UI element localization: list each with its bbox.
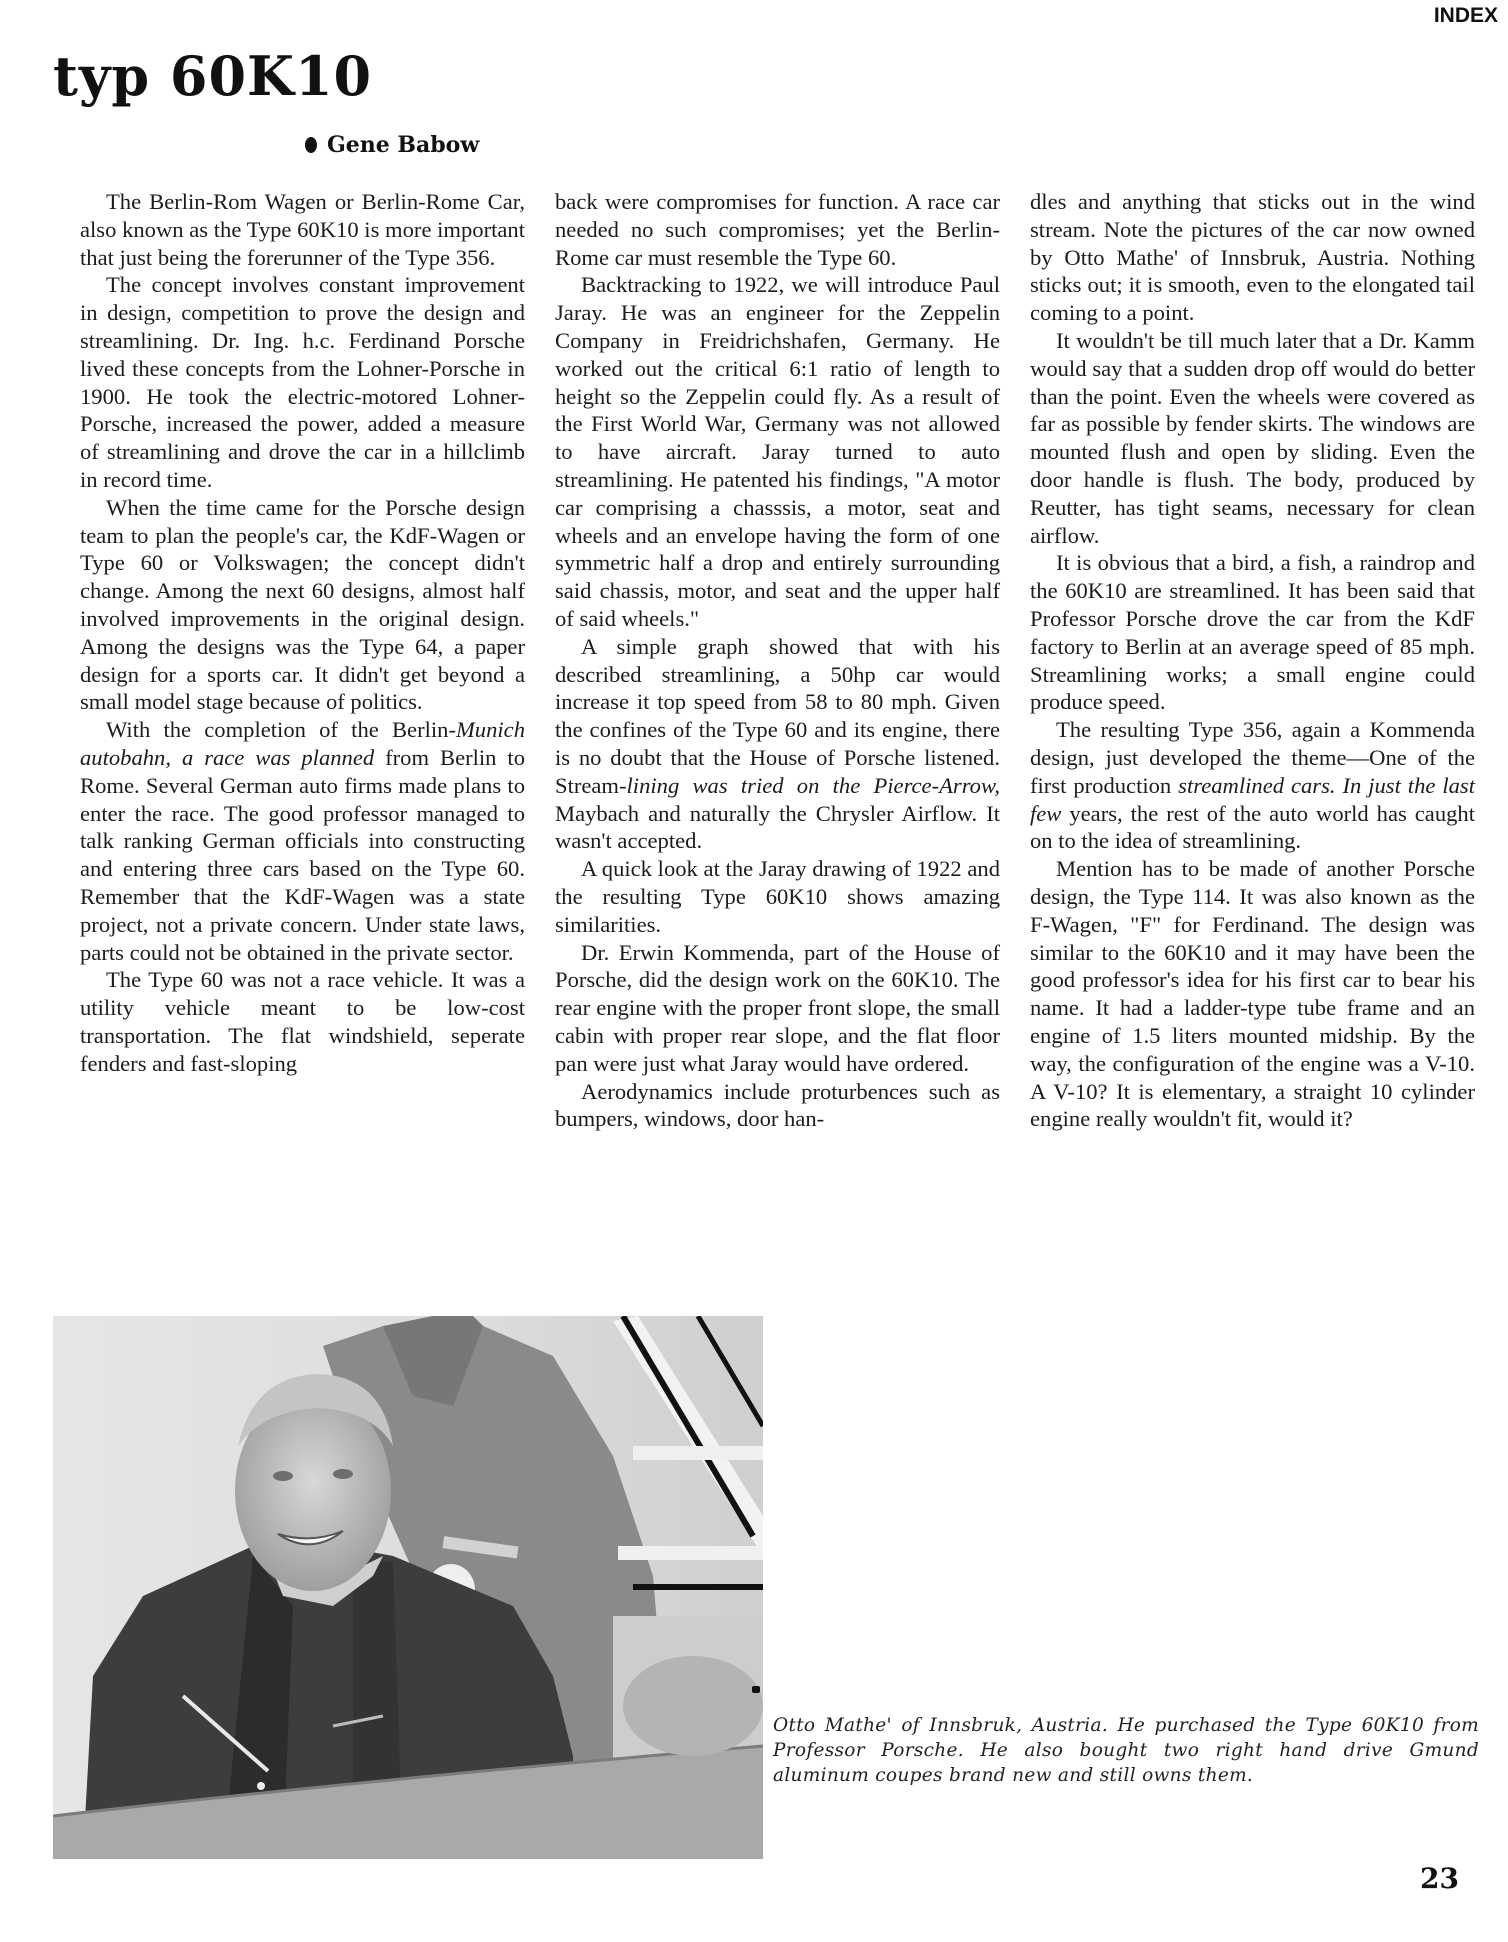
column-1: The Berlin-Rom Wagen or Berlin-Rome Car,… [80, 188, 525, 1133]
paragraph-text: Maybach and naturally the Chrysler Airfl… [555, 801, 1000, 854]
paragraph: A simple graph showed that with his desc… [555, 633, 1000, 855]
photo-caption: Otto Mathe' of Innsbruk, Austria. He pur… [773, 1713, 1479, 1788]
byline: Gene Babow [305, 132, 479, 158]
paragraph-text: years, the rest of the auto world has ca… [1030, 801, 1475, 854]
photo-illustration [53, 1316, 763, 1859]
page-number: 23 [1420, 1862, 1459, 1895]
index-link[interactable]: INDEX [1434, 4, 1498, 28]
paragraph: When the time came for the Porsche desig… [80, 494, 525, 716]
bullet-icon [305, 137, 317, 153]
column-2: back were compromises for function. A ra… [555, 188, 1000, 1133]
column-3: dles and anything that sticks out in the… [1030, 188, 1475, 1133]
paragraph-continued: back were compromises for function. A ra… [555, 188, 1000, 271]
paragraph: Aerodynamics include proturbences such a… [555, 1078, 1000, 1134]
paragraph-text: from Berlin to Rome. Several German auto… [80, 745, 525, 965]
paragraph: The Berlin-Rom Wagen or Berlin-Rome Car,… [80, 188, 525, 271]
paragraph-continued: dles and anything that sticks out in the… [1030, 188, 1475, 327]
paragraph: Backtracking to 1922, we will introduce … [555, 271, 1000, 632]
paragraph: The resulting Type 356, again a Kommenda… [1030, 716, 1475, 855]
paragraph: Dr. Erwin Kommenda, part of the House of… [555, 939, 1000, 1078]
paragraph-italic-text: lining was tried on the Pierce-Arrow, [627, 773, 1000, 798]
portrait-photo [53, 1316, 763, 1859]
paragraph: It wouldn't be till much later that a Dr… [1030, 327, 1475, 549]
paragraph: With the completion of the Berlin-Munich… [80, 716, 525, 966]
paragraph: Mention has to be made of another Porsch… [1030, 855, 1475, 1133]
paragraph: The concept involves constant improvemen… [80, 271, 525, 493]
article-body: The Berlin-Rom Wagen or Berlin-Rome Car,… [80, 188, 1475, 1133]
author-name: Gene Babow [327, 132, 479, 158]
article-title: typ 60K10 [53, 44, 372, 108]
paragraph: A quick look at the Jaray drawing of 192… [555, 855, 1000, 938]
paragraph: The Type 60 was not a race vehicle. It w… [80, 966, 525, 1077]
paragraph: It is obvious that a bird, a fish, a rai… [1030, 549, 1475, 716]
caption-marker-icon [752, 1686, 760, 1693]
paragraph-text: With the completion of the Berlin- [106, 717, 456, 742]
